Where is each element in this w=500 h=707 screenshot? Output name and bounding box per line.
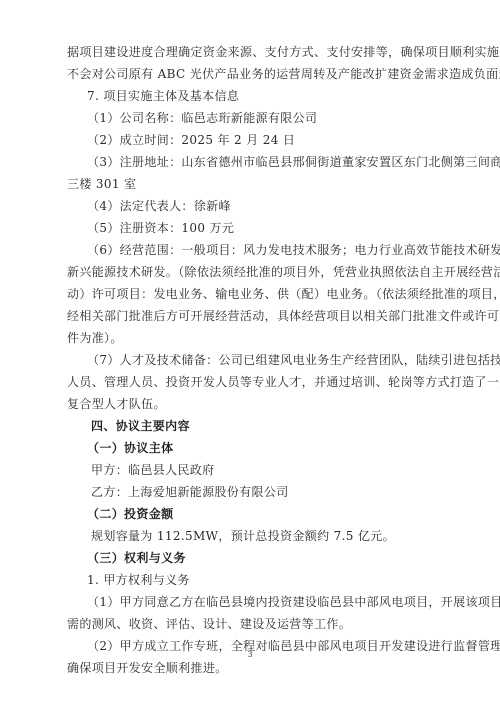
business-scope-line: 经相关部门批准后方可开展经营活动，具体经营项目以相关部门批准文件或许可证 xyxy=(67,305,442,327)
party-b: 乙方：上海爱旭新能源股份有限公司 xyxy=(67,481,442,503)
business-scope-line: 动）许可项目：发电业务、输电业务、供（配）电业务。（依法须经批准的项目， xyxy=(67,283,442,305)
subsection-heading-rights: （三）权利与义务 xyxy=(67,547,442,569)
legal-representative: （4）法定代表人：徐新峰 xyxy=(67,195,442,217)
established-date: （2）成立时间：2025 年 2 月 24 日 xyxy=(67,129,442,151)
investment-amount: 规划容量为 112.5MW，预计总投资金额约 7.5 亿元。 xyxy=(67,525,442,547)
page-body: 据项目建设进度合理确定资金来源、支付方式、支付安排等，确保项目顺利实施， 不会对… xyxy=(67,41,442,679)
registered-address-cont: 三楼 301 室 xyxy=(67,173,442,195)
business-scope-line: （6）经营范围：一般项目：风力发电技术服务；电力行业高效节能技术研发； xyxy=(67,239,442,261)
business-scope-line: 件为准）。 xyxy=(67,327,442,349)
talent-line: 复合型人才队伍。 xyxy=(67,393,442,415)
business-scope-line: 新兴能源技术研发。（除依法须经批准的项目外，凭营业执照依法自主开展经营活 xyxy=(67,261,442,283)
subsection-heading-parties: （一）协议主体 xyxy=(67,437,442,459)
company-name: （1）公司名称：临邑志珩新能源有限公司 xyxy=(67,107,442,129)
paragraph-line: 据项目建设进度合理确定资金来源、支付方式、支付安排等，确保项目顺利实施， xyxy=(67,41,442,63)
document-page: 据项目建设进度合理确定资金来源、支付方式、支付安排等，确保项目顺利实施， 不会对… xyxy=(0,0,500,707)
clause-line: （1）甲方同意乙方在临邑县境内投资建设临邑县中部风电项目，开展该项目所 xyxy=(67,591,442,613)
party-a: 甲方：临邑县人民政府 xyxy=(67,459,442,481)
clause-line: 需的测风、收资、评估、设计、建设及运营等工作。 xyxy=(67,613,442,635)
section-heading-7: 7. 项目实施主体及基本信息 xyxy=(67,85,442,107)
section-heading-4: 四、协议主要内容 xyxy=(67,415,442,437)
registered-address: （3）注册地址：山东省德州市临邑县邢侗街道董家安置区东门北侧第三间商铺 xyxy=(67,151,442,173)
page-number: 3 xyxy=(0,650,500,659)
talent-line: （7）人才及技术储备：公司已组建风电业务生产经营团队，陆续引进包括技术 xyxy=(67,349,442,371)
registered-capital: （5）注册资本：100 万元 xyxy=(67,217,442,239)
clause-line: 确保项目开发安全顺利推进。 xyxy=(67,657,442,679)
talent-line: 人员、管理人员、投资开发人员等专业人才，并通过培训、轮岗等方式打造了一支 xyxy=(67,371,442,393)
subsection-heading-investment: （二）投资金额 xyxy=(67,503,442,525)
party-a-rights-heading: 1. 甲方权利与义务 xyxy=(67,569,442,591)
paragraph-line: 不会对公司原有 ABC 光伏产品业务的运营周转及产能改扩建资金需求造成负面影响。 xyxy=(67,63,442,85)
